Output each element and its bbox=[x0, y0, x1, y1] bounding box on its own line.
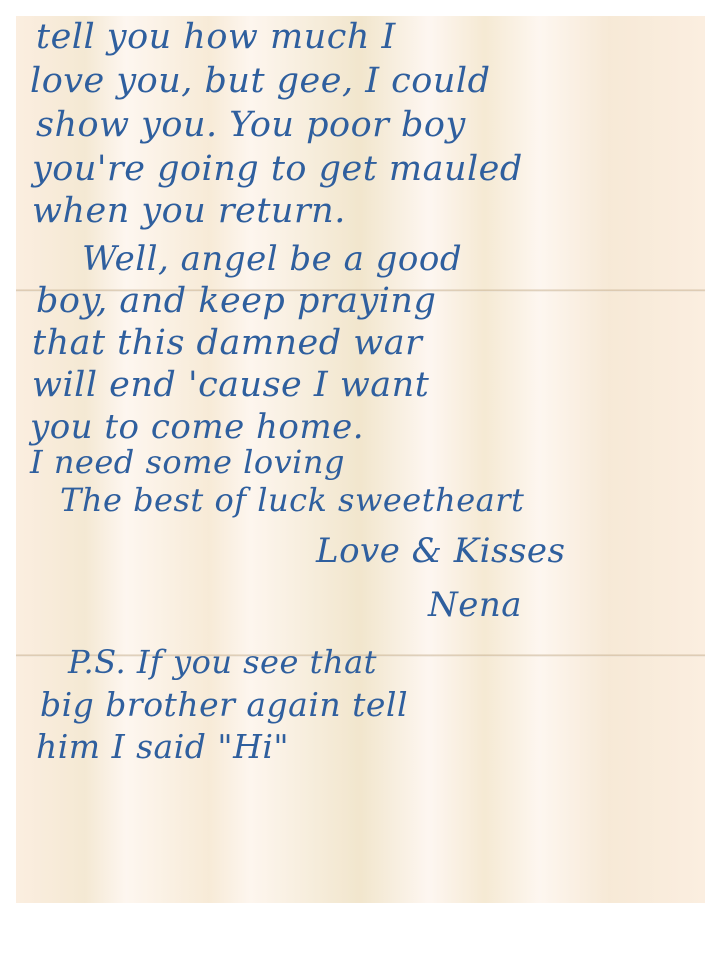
letter-line: you're going to get mauled bbox=[32, 152, 523, 187]
letter-line: Well, angel be a good bbox=[82, 242, 462, 276]
letter-line: tell you how much I bbox=[36, 20, 396, 55]
letter-line: The best of luck sweetheart bbox=[60, 484, 524, 516]
letter-line: you to come home. bbox=[30, 410, 364, 444]
letter-line: will end 'cause I want bbox=[32, 368, 429, 403]
letter-line: I need some loving bbox=[30, 446, 345, 478]
letter-paper: tell you how much I love you, but gee, I… bbox=[16, 16, 705, 903]
letter-line: love you, but gee, I could bbox=[30, 64, 491, 99]
letter-signature: Nena bbox=[428, 588, 522, 622]
letter-line: when you return. bbox=[32, 194, 346, 229]
letter-line: boy, and keep praying bbox=[36, 284, 436, 319]
letter-closing: Love & Kisses bbox=[316, 534, 566, 568]
postscript-line: P.S. If you see that bbox=[68, 646, 377, 678]
postscript-line: him I said "Hi" bbox=[36, 730, 289, 763]
letter-line: that this damned war bbox=[32, 326, 422, 361]
letter-body: tell you how much I love you, but gee, I… bbox=[16, 16, 705, 903]
letter-line: show you. You poor boy bbox=[36, 108, 466, 143]
postscript-line: big brother again tell bbox=[40, 688, 408, 721]
